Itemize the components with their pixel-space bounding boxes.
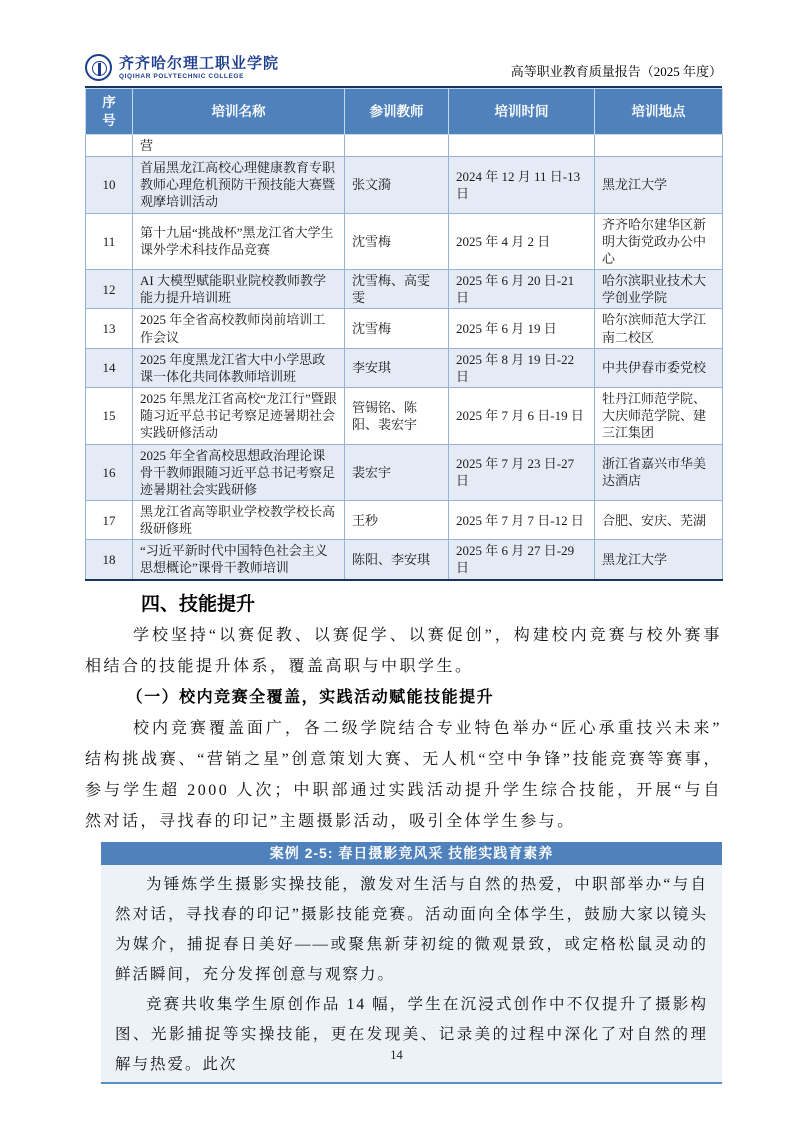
table-row: 11第十九届“挑战杯”黑龙江省大学生课外学术科技作品竞赛沈雪梅2025 年 4 … xyxy=(86,213,723,269)
section-paragraph-1: 学校坚持“以赛促教、以赛促学、以赛促创”，构建校内竞赛与校外赛事相结合的技能提升… xyxy=(85,620,722,682)
table-row: 162025 年全省高校思想政治理论课骨干教师跟随习近平总书记考察足迹暑期社会实… xyxy=(86,444,723,500)
cell-place: 中共伊春市委党校 xyxy=(595,348,723,387)
table-header-row: 序号 培训名称 参训教师 培训时间 培训地点 xyxy=(86,89,723,135)
cell-teacher: 沈雪梅 xyxy=(345,309,449,348)
cell-teacher xyxy=(345,135,449,157)
cell-time: 2025 年 4 月 2 日 xyxy=(449,213,595,269)
cell-name: 黑龙江省高等职业学校教学校长高级研修班 xyxy=(133,500,345,539)
college-emblem-icon xyxy=(85,54,112,81)
report-title: 高等职业教育质量报告（2025 年度） xyxy=(511,61,722,81)
page-number: 14 xyxy=(0,1048,793,1063)
column-header-name: 培训名称 xyxy=(133,89,345,135)
cell-time: 2025 年 8 月 19 日-22 日 xyxy=(449,348,595,387)
cell-place: 合肥、安庆、芜湖 xyxy=(595,500,723,539)
cell-teacher: 管锡铭、陈阳、裴宏宇 xyxy=(345,388,449,444)
page-content: 齐齐哈尔理工职业学院 QIQIHAR POLYTECHNIC COLLEGE 高… xyxy=(85,46,722,1084)
cell-no: 16 xyxy=(86,444,133,500)
table-row: 152025 年黑龙江省高校“龙江行”暨跟随习近平总书记考察足迹暑期社会实践研修… xyxy=(86,388,723,444)
case-paragraph-2: 竞赛共收集学生原创作品 14 幅，学生在沉浸式创作中不仅提升了摄影构图、光影捕捉… xyxy=(115,990,708,1080)
table-row: 142025 年度黑龙江省大中小学思政课一体化共同体教师培训班李安琪2025 年… xyxy=(86,348,723,387)
cell-name: 2025 年度黑龙江省大中小学思政课一体化共同体教师培训班 xyxy=(133,348,345,387)
cell-time: 2025 年 7 月 23 日-27 日 xyxy=(449,444,595,500)
college-name-block: 齐齐哈尔理工职业学院 QIQIHAR POLYTECHNIC COLLEGE xyxy=(119,55,279,79)
page-header: 齐齐哈尔理工职业学院 QIQIHAR POLYTECHNIC COLLEGE 高… xyxy=(85,46,722,88)
cell-time: 2025 年 6 月 19 日 xyxy=(449,309,595,348)
case-box-title: 案例 2-5: 春日摄影竞风采 技能实践育素养 xyxy=(101,842,722,865)
column-header-teacher: 参训教师 xyxy=(345,89,449,135)
cell-no: 15 xyxy=(86,388,133,444)
cell-teacher: 王秒 xyxy=(345,500,449,539)
cell-time xyxy=(449,135,595,157)
column-header-time: 培训时间 xyxy=(449,89,595,135)
cell-place: 牡丹江师范学院、大庆师范学院、建三江集团 xyxy=(595,388,723,444)
table-header: 序号 培训名称 参训教师 培训时间 培训地点 xyxy=(86,89,723,135)
table-row: 17黑龙江省高等职业学校教学校长高级研修班王秒2025 年 7 月 7 日-12… xyxy=(86,500,723,539)
table-body: 营 10首届黑龙江高校心理健康教育专职教师心理危机预防干预技能大赛暨观摩培训活动… xyxy=(86,135,723,580)
document-page: 齐齐哈尔理工职业学院 QIQIHAR POLYTECHNIC COLLEGE 高… xyxy=(0,0,793,1122)
cell-name: 2025 年全省高校思想政治理论课骨干教师跟随习近平总书记考察足迹暑期社会实践研… xyxy=(133,444,345,500)
cell-name: 首届黑龙江高校心理健康教育专职教师心理危机预防干预技能大赛暨观摩培训活动 xyxy=(133,157,345,213)
cell-place: 哈尔滨师范大学江南二校区 xyxy=(595,309,723,348)
cell-name: 营 xyxy=(133,135,345,157)
cell-name: 2025 年黑龙江省高校“龙江行”暨跟随习近平总书记考察足迹暑期社会实践研修活动 xyxy=(133,388,345,444)
cell-name: AI 大模型赋能职业院校教师教学能力提升培训班 xyxy=(133,270,345,309)
section-heading: 四、技能提升 xyxy=(141,590,722,620)
cell-time: 2025 年 6 月 20 日-21 日 xyxy=(449,270,595,309)
table-row: 10首届黑龙江高校心理健康教育专职教师心理危机预防干预技能大赛暨观摩培训活动张文… xyxy=(86,157,723,213)
cell-no: 11 xyxy=(86,213,133,269)
cell-place: 齐齐哈尔建华区新明大街党政办公中心 xyxy=(595,213,723,269)
cell-place: 哈尔滨职业技术大学创业学院 xyxy=(595,270,723,309)
cell-teacher: 沈雪梅、高雯雯 xyxy=(345,270,449,309)
cell-no: 18 xyxy=(86,540,133,580)
cell-time: 2025 年 6 月 27 日-29 日 xyxy=(449,540,595,580)
cell-teacher: 张文漪 xyxy=(345,157,449,213)
cell-no: 10 xyxy=(86,157,133,213)
cell-teacher: 陈阳、李安琪 xyxy=(345,540,449,580)
cell-time: 2024 年 12 月 11 日-13 日 xyxy=(449,157,595,213)
college-logo: 齐齐哈尔理工职业学院 QIQIHAR POLYTECHNIC COLLEGE xyxy=(85,54,279,81)
cell-place: 浙江省嘉兴市华美达酒店 xyxy=(595,444,723,500)
cell-time: 2025 年 7 月 6 日-19 日 xyxy=(449,388,595,444)
section-subheading: （一）校内竞赛全覆盖，实践活动赋能技能提升 xyxy=(85,682,722,713)
cell-teacher: 裴宏宇 xyxy=(345,444,449,500)
college-name-en: QIQIHAR POLYTECHNIC COLLEGE xyxy=(119,73,279,80)
college-name-cn: 齐齐哈尔理工职业学院 xyxy=(119,55,279,72)
case-paragraph-1: 为锤炼学生摄影实操技能，激发对生活与自然的热爱，中职部举办“与自然对话，寻找春的… xyxy=(115,870,708,990)
cell-no xyxy=(86,135,133,157)
column-header-no: 序号 xyxy=(86,89,133,135)
cell-name: “习近平新时代中国特色社会主义思想概论”课骨干教师培训 xyxy=(133,540,345,580)
cell-no: 12 xyxy=(86,270,133,309)
table-row: 132025 年全省高校教师岗前培训工作会议沈雪梅2025 年 6 月 19 日… xyxy=(86,309,723,348)
table-row: 12AI 大模型赋能职业院校教师教学能力提升培训班沈雪梅、高雯雯2025 年 6… xyxy=(86,270,723,309)
cell-no: 13 xyxy=(86,309,133,348)
section-paragraph-2: 校内竞赛覆盖面广，各二级学院结合专业特色举办“匠心承重技兴未来”结构挑战赛、“营… xyxy=(85,713,722,837)
cell-place xyxy=(595,135,723,157)
cell-place: 黑龙江大学 xyxy=(595,157,723,213)
cell-no: 17 xyxy=(86,500,133,539)
table-row: 18“习近平新时代中国特色社会主义思想概论”课骨干教师培训陈阳、李安琪2025 … xyxy=(86,540,723,580)
cell-teacher: 李安琪 xyxy=(345,348,449,387)
cell-place: 黑龙江大学 xyxy=(595,540,723,580)
cell-no: 14 xyxy=(86,348,133,387)
cell-teacher: 沈雪梅 xyxy=(345,213,449,269)
column-header-place: 培训地点 xyxy=(595,89,723,135)
cell-name: 第十九届“挑战杯”黑龙江省大学生课外学术科技作品竞赛 xyxy=(133,213,345,269)
training-table: 序号 培训名称 参训教师 培训时间 培训地点 营 10首届黑龙江高校心理健康教育… xyxy=(85,88,723,581)
cell-name: 2025 年全省高校教师岗前培训工作会议 xyxy=(133,309,345,348)
table-row-continuation: 营 xyxy=(86,135,723,157)
cell-time: 2025 年 7 月 7 日-12 日 xyxy=(449,500,595,539)
